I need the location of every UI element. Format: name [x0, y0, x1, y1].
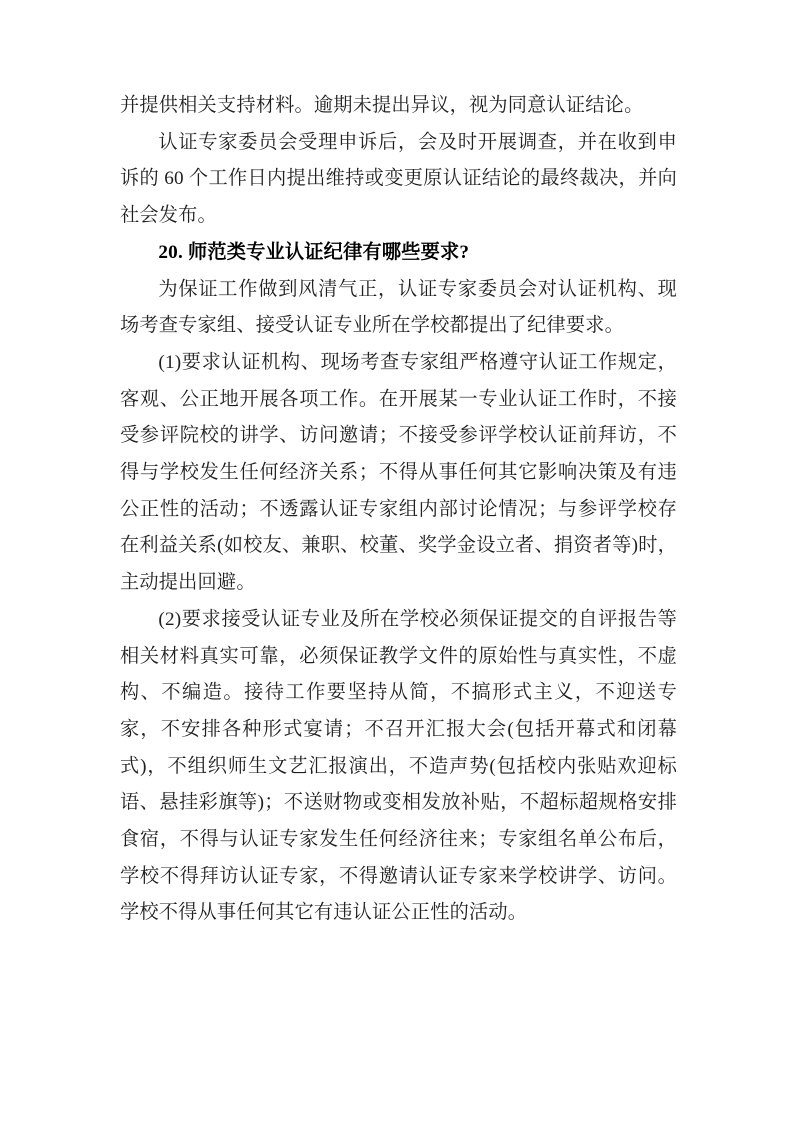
paragraph-discipline-rule-1: (1)要求认证机构、现场考查专家组严格遵守认证工作规定，客观、公正地开展各项工作…: [120, 345, 677, 602]
paragraph-appeal-ruling: 认证专家委员会受理申诉后，会及时开展调查，并在收到申诉的 60 个工作日内提出维…: [120, 125, 677, 235]
heading-question-20: 20. 师范类专业认证纪律有哪些要求?: [120, 235, 677, 272]
paragraph-objection-deadline: 并提供相关支持材料。逾期未提出异议，视为同意认证结论。: [120, 88, 677, 125]
document-page: 并提供相关支持材料。逾期未提出异议，视为同意认证结论。 认证专家委员会受理申诉后…: [0, 0, 793, 1122]
paragraph-discipline-intro: 为保证工作做到风清气正，认证专家委员会对认证机构、现场考查专家组、接受认证专业所…: [120, 272, 677, 345]
paragraph-discipline-rule-2: (2)要求接受认证专业及所在学校必须保证提交的自评报告等相关材料真实可靠，必须保…: [120, 602, 677, 932]
text-block: 并提供相关支持材料。逾期未提出异议，视为同意认证结论。 认证专家委员会受理申诉后…: [120, 88, 677, 932]
